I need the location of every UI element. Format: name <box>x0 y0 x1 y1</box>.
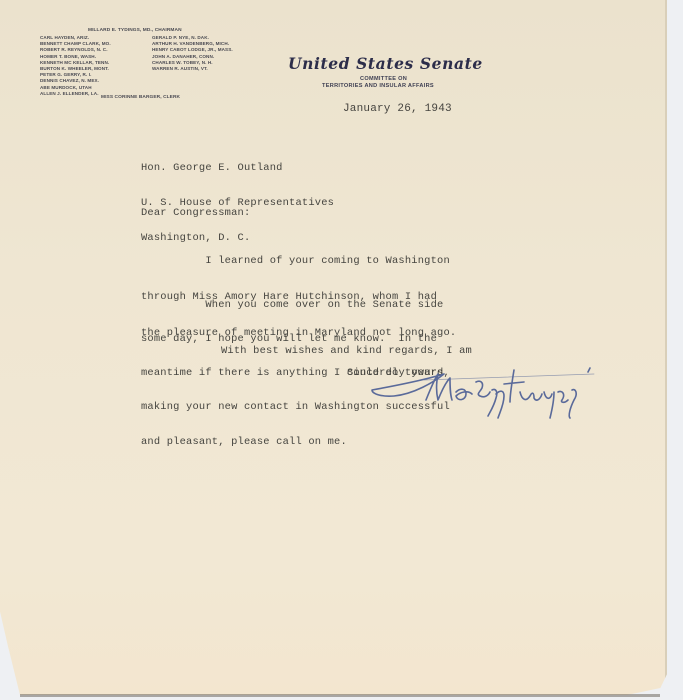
recipient-line: Hon. George E. Outland <box>141 163 334 175</box>
paragraph-line: I learned of your coming to Washington <box>141 255 456 267</box>
committee-on-label: Committee on <box>360 76 407 82</box>
letterhead-members-right: Gerald P. Nye, N. Dak. Arthur H. Vandenb… <box>152 35 233 72</box>
letterhead-title: United States Senate <box>288 54 483 73</box>
paragraph-line: When you come over on the Senate side <box>141 300 450 311</box>
letter-date: January 26, 1943 <box>343 104 452 116</box>
paper-edge-shadow <box>20 694 660 697</box>
letterhead-chairman: Millard E. Tydings, Md., Chairman <box>88 28 182 33</box>
closing-line: With best wishes and kind regards, I am <box>221 346 472 358</box>
paragraph-line: some day, I hope you will let me know. I… <box>141 334 450 345</box>
letterhead-clerk: Miss Corinne Barger, Clerk <box>101 95 180 100</box>
committee-name: Territories and Insular Affairs <box>322 83 434 89</box>
member-name: Henry Cabot Lodge, Jr., Mass. <box>152 47 233 53</box>
handwritten-signature <box>364 360 604 422</box>
paragraph-line: and pleasant, please call on me. <box>141 437 450 448</box>
salutation: Dear Congressman: <box>141 208 250 220</box>
member-name: Robert R. Reynolds, N. C. <box>40 47 111 53</box>
letter-paper: Millard E. Tydings, Md., Chairman Carl H… <box>0 0 667 695</box>
letterhead-members-left: Carl Hayden, Ariz. Bennett Champ Clark, … <box>40 35 111 97</box>
member-name: Warren R. Austin, Vt. <box>152 66 233 72</box>
